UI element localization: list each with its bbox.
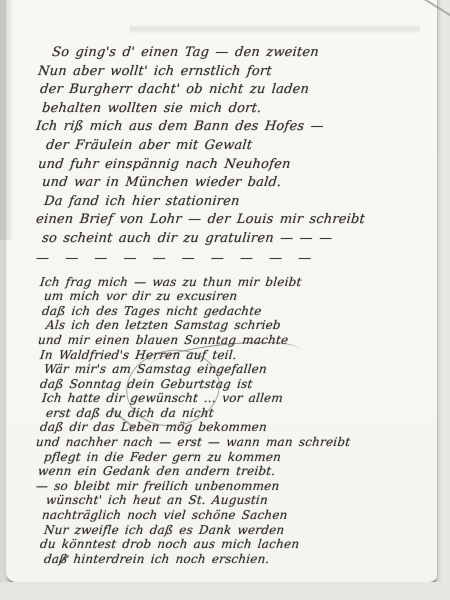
handwriting-line: um mich vor dir zu excusiren <box>43 289 417 304</box>
handwriting-line: Ich frag mich — was zu thun mir bleibt <box>39 275 417 290</box>
handwriting-line: nachträglich noch viel schöne Sachen <box>41 508 417 523</box>
handwriting-line: Als ich den letzten Samstag schrieb <box>45 318 417 333</box>
handwriting-line: Nur zweifle ich daß es Dank werden <box>43 523 417 538</box>
handwriting-line: und nachher nach — erst — wann man schre… <box>35 435 417 450</box>
handwriting-line: der Fräulein aber mit Gewalt <box>45 137 417 156</box>
handwriting-line: behalten wollten sie mich dort. <box>41 100 417 119</box>
handwriting-line: Nun aber wollt' ich ernstlich fort <box>37 63 417 82</box>
handwriting-line: du könntest drob noch aus mich lachen <box>39 537 417 552</box>
handwriting-line: daß dir das Leben mög bekommen <box>39 420 417 435</box>
handwriting-line: wünscht' ich heut an St. Augustin <box>45 493 417 508</box>
handwriting-line: der Burgherr dacht' ob nicht zu laden <box>39 81 417 100</box>
dash-divider-line: — — — — — — — — — — <box>35 251 417 267</box>
handwriting-line: pflegt in die Feder gern zu kommen <box>43 450 417 465</box>
handwriting-line: so scheint auch dir zu gratuliren — — — <box>41 230 417 249</box>
handwriting-line: und fuhr einspännig nach Neuhofen <box>37 156 417 175</box>
handwriting-line: wenn ein Gedank den andern treibt. <box>37 464 417 479</box>
letter-stanza-1: So ging's d' einen Tag — den zweitenNun … <box>36 44 416 249</box>
handwriting-line: daß Sonntag dein Geburtstag ist <box>39 377 417 392</box>
handwriting-line: — so bleibt mir freilich unbenommen <box>35 479 417 494</box>
handwriting-line: erst daß du dich da nicht <box>45 406 417 421</box>
letter-stanza-2: Ich frag mich — was zu thun mir bleibtum… <box>36 275 416 567</box>
handwriting-line: Da fand ich hier stationiren <box>43 193 417 212</box>
handwriting-line: daß hinterdrein ich noch erschien. <box>43 552 417 567</box>
photo-mat-below-paper <box>0 582 450 600</box>
handwriting-line: Ich riß mich aus dem Bann des Hofes — <box>35 118 417 137</box>
handwriting-line: So ging's d' einen Tag — den zweiten <box>51 44 417 63</box>
handwriting-line: einen Brief von Lohr — der Louis mir sch… <box>35 211 417 230</box>
handwriting-line: daß ich des Tages nicht gedachte <box>41 304 417 319</box>
photograph-of-letter: So ging's d' einen Tag — den zweitenNun … <box>0 0 450 600</box>
handwriting-line: und war in München wieder bald. <box>41 174 417 193</box>
handwriting-line: Ich hatte dir gewünscht … vor allem <box>41 391 417 406</box>
handwritten-letter-body: So ging's d' einen Tag — den zweitenNun … <box>36 44 416 566</box>
